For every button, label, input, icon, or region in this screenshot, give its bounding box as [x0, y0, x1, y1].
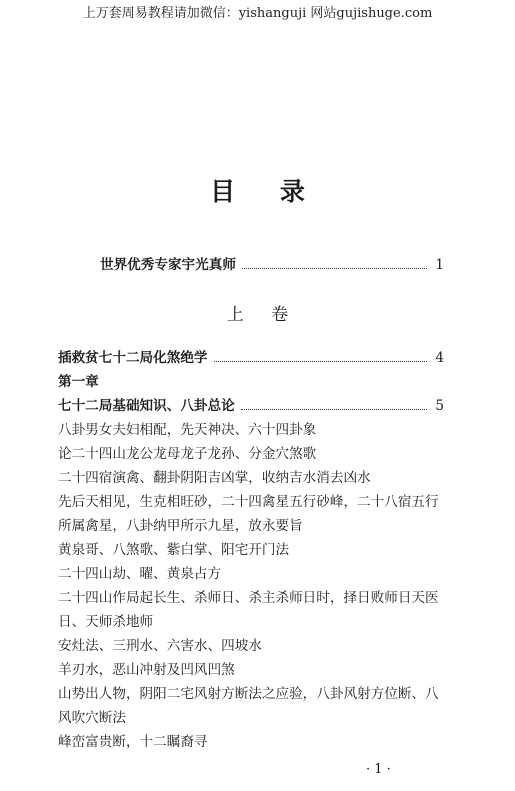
toc-entry[interactable]: 七十二局基础知识、八卦总论 5 [58, 397, 444, 415]
title-char-1: 目 [210, 172, 235, 208]
toc-entry[interactable]: 论二十四山龙公龙母龙子龙孙、分金穴煞歌 [58, 445, 444, 463]
leader-dots [214, 360, 428, 362]
toc-entry-text: 世界优秀专家宇光真师 [100, 256, 236, 274]
section-char-2: 卷 [271, 300, 288, 325]
page-number: · 1 · [366, 762, 391, 777]
toc-entry-preface[interactable]: 世界优秀专家宇光真师 1 [100, 256, 444, 274]
section-char-1: 上 [227, 300, 244, 325]
toc-entry[interactable]: 二十四山劫、曜、黄泉占方 [58, 565, 444, 583]
toc-entry-page: 5 [435, 397, 444, 415]
page-title: 目 录 [0, 172, 515, 208]
toc-entry[interactable]: 山势出人物，阴阳二宅风射方断法之应验，八卦风射方位断、八 [58, 685, 444, 703]
toc-entry-text: 七十二局基础知识、八卦总论 [58, 397, 235, 415]
toc-entry[interactable]: 先后天相见，生克相旺砂，二十四禽星五行砂峰，二十八宿五行 [58, 493, 444, 511]
toc-entry[interactable]: 第一章 [58, 373, 444, 391]
toc-entry[interactable]: 羊刃水，恶山冲射及凹风凹煞 [58, 661, 444, 679]
toc-entry[interactable]: 二十四宿演禽、翻卦阴阳吉凶掌，收纳吉水消去凶水 [58, 469, 444, 487]
toc-entry-page: 4 [435, 349, 444, 367]
toc-entry[interactable]: 风吹穴断法 [58, 709, 444, 727]
toc-entry[interactable]: 日、天师杀地师 [58, 613, 444, 631]
toc-entry-page: 1 [435, 256, 444, 274]
toc-entry[interactable]: 二十四山作局起长生、杀师日、杀主杀师日时，择日败师日天医 [58, 589, 444, 607]
toc-entry-text: 插救贫七十二局化煞绝学 [58, 349, 208, 367]
toc-entry[interactable]: 安灶法、三刑水、六害水、四坡水 [58, 637, 444, 655]
toc-entry[interactable]: 插救贫七十二局化煞绝学 4 [58, 349, 444, 367]
toc-entry[interactable]: 黄泉哥、八煞歌、紫白掌、阳宅开门法 [58, 541, 444, 559]
leader-dots [241, 408, 428, 410]
watermark-banner: 上万套周易教程请加微信：yishanguji 网站gujishuge.com [0, 2, 515, 21]
leader-dots [242, 267, 427, 269]
title-char-2: 录 [280, 172, 305, 208]
toc-entry[interactable]: 所属禽星，八卦纳甲所示九星，放永要旨 [58, 517, 444, 535]
toc-entry[interactable]: 峰峦富贵断，十二瞩裔寻 [58, 733, 444, 751]
toc-entry[interactable]: 八卦男女夫妇相配，先天神决、六十四卦象 [58, 421, 444, 439]
section-heading: 上 卷 [0, 300, 515, 325]
